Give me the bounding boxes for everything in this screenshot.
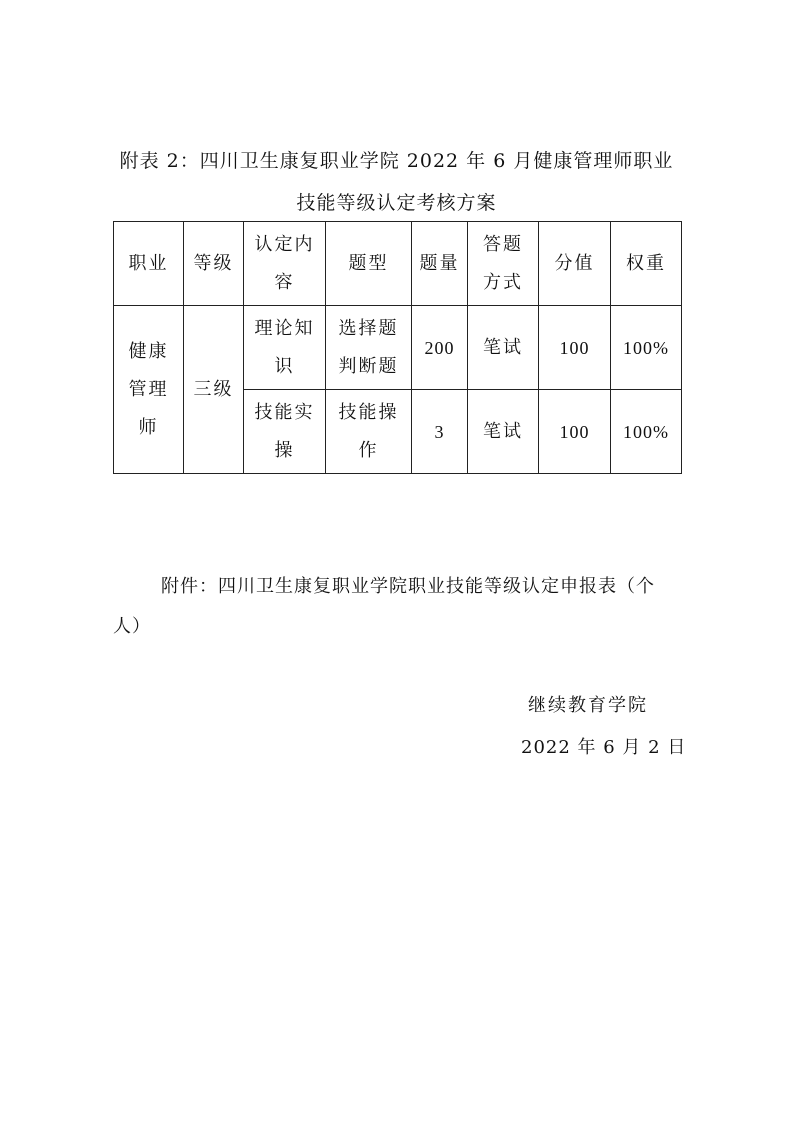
cell-question-count: 3 <box>412 390 468 474</box>
occupation-line: 健康 <box>114 333 183 371</box>
cell-weight: 100% <box>611 390 682 474</box>
cell-score: 100 <box>539 390 611 474</box>
header-question-count: 题量 <box>412 222 468 306</box>
cell-answer-method: 笔试 <box>468 390 539 474</box>
occupation-line: 管理 <box>114 371 183 409</box>
cell-content: 技能实 操 <box>244 390 326 474</box>
header-method-line: 方式 <box>468 264 538 302</box>
content-line: 技能实 <box>244 394 325 432</box>
header-content: 认定内 容 <box>244 222 326 306</box>
signature-organization: 继续教育学院 <box>528 691 648 717</box>
occupation-line: 师 <box>114 409 183 447</box>
cell-occupation: 健康 管理 师 <box>114 306 184 474</box>
assessment-plan-table: 职业 等级 认定内 容 题型 题量 答题 方式 分值 权重 健康 管理 师 三级… <box>113 221 682 474</box>
content-line: 识 <box>244 348 325 386</box>
header-level: 等级 <box>184 222 244 306</box>
header-content-line: 容 <box>244 264 325 302</box>
cell-weight: 100% <box>611 306 682 390</box>
cell-question-type: 选择题 判断题 <box>326 306 412 390</box>
document-title-line-2: 技能等级认定考核方案 <box>0 188 793 215</box>
table-header-row: 职业 等级 认定内 容 题型 题量 答题 方式 分值 权重 <box>114 222 682 306</box>
content-line: 操 <box>244 432 325 470</box>
header-method-line: 答题 <box>468 226 538 264</box>
header-weight: 权重 <box>611 222 682 306</box>
cell-level: 三级 <box>184 306 244 474</box>
header-answer-method: 答题 方式 <box>468 222 539 306</box>
header-score: 分值 <box>539 222 611 306</box>
cell-score: 100 <box>539 306 611 390</box>
type-line: 作 <box>326 432 411 470</box>
content-line: 理论知 <box>244 310 325 348</box>
document-title-line-1: 附表 2：四川卫生康复职业学院 2022 年 6 月健康管理师职业 <box>0 146 793 173</box>
type-line: 选择题 <box>326 310 411 348</box>
header-content-line: 认定内 <box>244 226 325 264</box>
signature-date: 2022 年 6 月 2 日 <box>521 733 686 759</box>
cell-question-type: 技能操 作 <box>326 390 412 474</box>
attachment-note: 附件：四川卫生康复职业学院职业技能等级认定申报表（个人） <box>113 567 683 647</box>
cell-answer-method: 笔试 <box>468 306 539 390</box>
cell-question-count: 200 <box>412 306 468 390</box>
type-line: 判断题 <box>326 348 411 386</box>
type-line: 技能操 <box>326 394 411 432</box>
header-occupation: 职业 <box>114 222 184 306</box>
header-question-type: 题型 <box>326 222 412 306</box>
cell-content: 理论知 识 <box>244 306 326 390</box>
table-row: 健康 管理 师 三级 理论知 识 选择题 判断题 200 笔试 100 100% <box>114 306 682 390</box>
